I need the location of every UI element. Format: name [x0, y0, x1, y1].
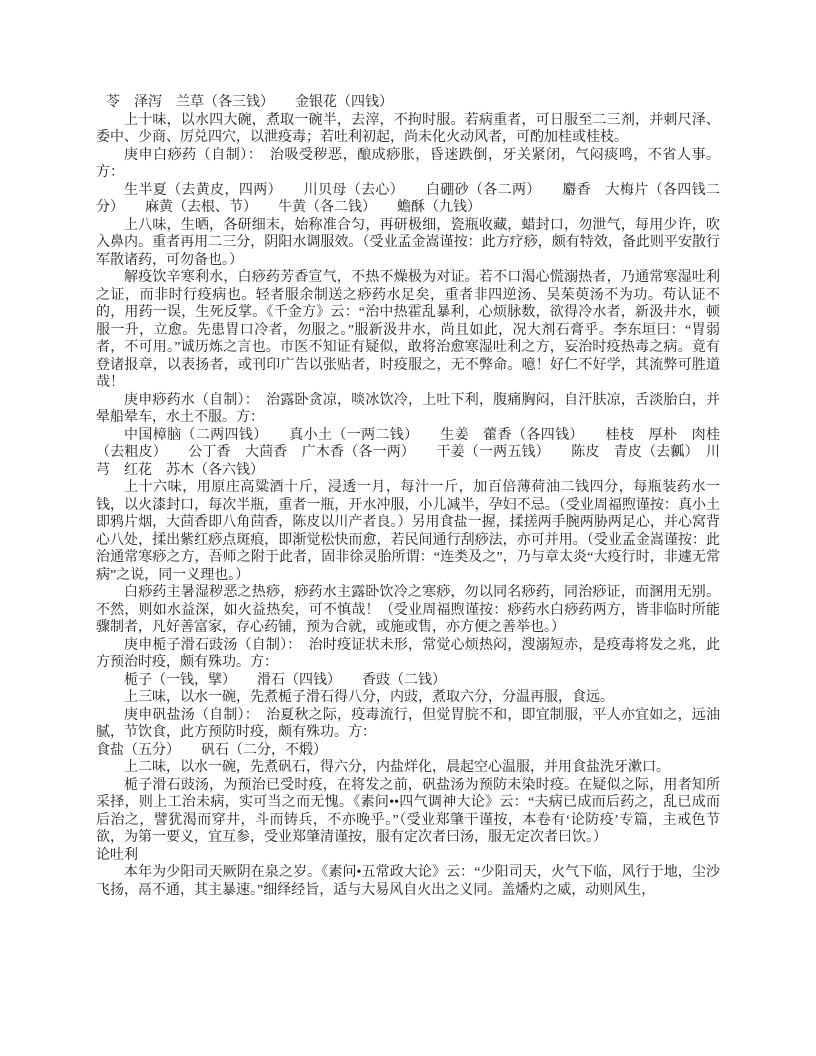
- text-paragraph: 庚申痧药水（自制）： 治露卧贪凉，啖冰饮冷，上吐下利，腹痛胸闷，自汗肤凉，舌淡胎…: [96, 392, 720, 427]
- text-paragraph: 苓 泽泻 兰草（各三钱） 金银花（四钱）: [96, 94, 720, 112]
- text-paragraph: 上二味，以水一碗，先煮矾石，得六分，内盐烊化，晨起空心温服，并用食盐洗牙漱口。: [96, 759, 720, 777]
- text-paragraph: 栀子滑石豉汤，为预治已受时疫，在将发之前，矾盐汤为预防未染时疫。在疑似之际，用者…: [96, 777, 720, 847]
- text-paragraph: 庚申矾盐汤（自制）： 治夏秋之际，疫毒流行，但觉胃脘不和，即宜制服，平人亦宜如之…: [96, 707, 720, 742]
- text-paragraph: 上三味，以水一碗，先煮栀子滑石得八分，内豉，煮取六分，分温再服，食远。: [96, 689, 720, 707]
- text-paragraph: 生半夏（去黄皮，四两） 川贝母（去心） 白硼砂（各二两） 麝香 大梅片（各四钱二…: [96, 182, 720, 217]
- text-paragraph: 上十六味，用原庄高粱酒十斤，浸透一月，每汁一斤，加百倍薄荷油二钱四分，每瓶装药水…: [96, 479, 720, 584]
- section-heading: 论吐利: [96, 847, 720, 865]
- text-paragraph: 本年为少阳司天厥阴在泉之岁。《素问•五常政大论》云：“少阳司天，火气下临，风行于…: [96, 864, 720, 899]
- text-paragraph: 白痧药主暑湿秽恶之热痧，痧药水主露卧饮冷之寒痧，勿以同名痧药，同治痧证，而溷用无…: [96, 584, 720, 637]
- text-paragraph: 中国樟脑（二两四钱） 真小土（一两二钱） 生姜 藿香（各四钱） 桂枝 厚朴 肉桂…: [96, 427, 720, 480]
- text-paragraph: 庚申栀子滑石豉汤（自制）： 治时疫证状未形，常觉心烦热闷，溲溺短赤，是疫毒将发之…: [96, 637, 720, 672]
- text-paragraph: 上八味，生晒，各研细末，始称准合匀，再研极细，瓷瓶收藏，蜡封口，勿泄气，每用少许…: [96, 217, 720, 270]
- text-paragraph: 解疫饮辛寒利水，白痧药芳香宣气，不热不燥极为对证。若不口渴心慌溺热者，乃通常寒湿…: [96, 269, 720, 392]
- text-paragraph: 栀子（一钱，擘） 滑石（四钱） 香豉（二钱）: [96, 672, 720, 690]
- document-page: 苓 泽泻 兰草（各三钱） 金银花（四钱）上十味，以水四大碗，煮取一碗半，去滓，不…: [0, 0, 816, 1056]
- document-body: 苓 泽泻 兰草（各三钱） 金银花（四钱）上十味，以水四大碗，煮取一碗半，去滓，不…: [96, 94, 720, 899]
- text-paragraph: 食盐（五分） 矾石（二分，不煅）: [96, 742, 720, 760]
- text-paragraph: 庚申白痧药（自制）： 治吸受秽恶，酿成痧胀，昏迷跌倒，牙关紧闭，气闷痰鸣，不省人…: [96, 147, 720, 182]
- text-paragraph: 上十味，以水四大碗，煮取一碗半，去滓，不拘时服。若病重者，可日服至二三剂，并刺尺…: [96, 112, 720, 147]
